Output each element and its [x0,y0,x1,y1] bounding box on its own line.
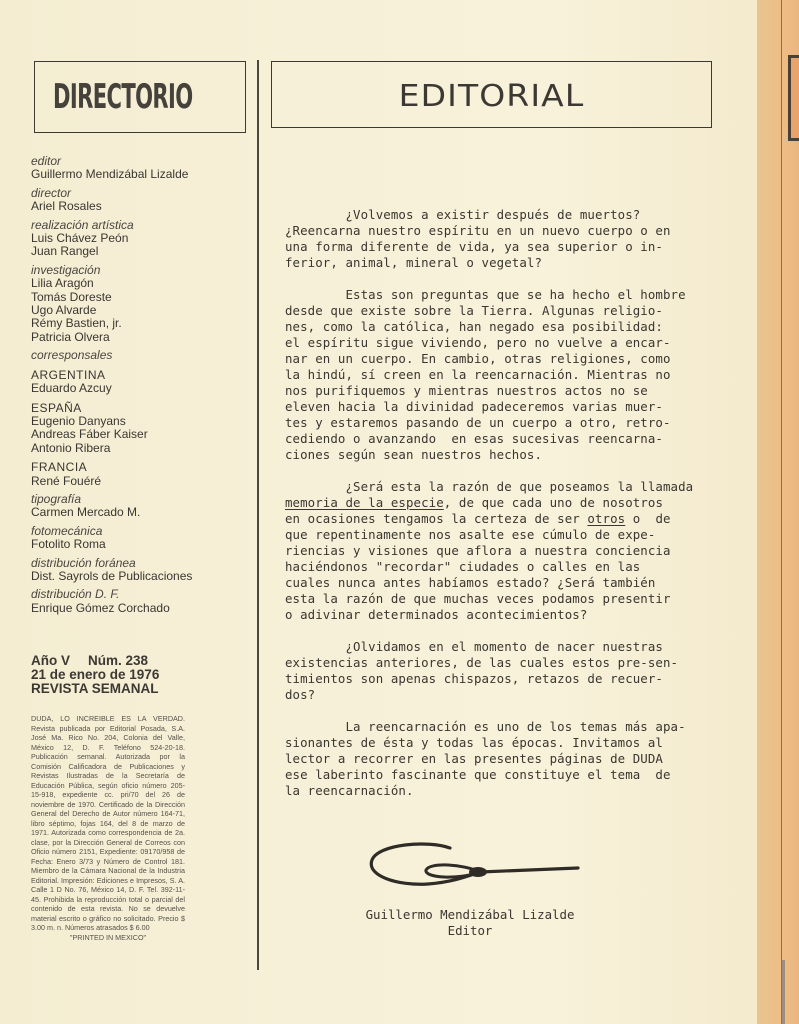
staff-name: Guillermo Mendizábal Lizalde [31,168,251,181]
directory-title: DIRECTORIO [53,80,193,114]
editorial-paragraph: Estas son preguntas que se ha hecho el h… [285,287,710,463]
printed-in-mexico: "PRINTED IN MEXICO" [31,933,185,943]
staff-list: editorGuillermo Mendizábal Lizaldedirect… [31,155,251,615]
correspondent-country: FRANCIA [31,461,251,474]
issue-type: REVISTA SEMANAL [31,682,231,696]
staff-name: Enrique Gómez Corchado [31,602,251,615]
staff-name: Dist. Sayrols de Publicaciones [31,570,251,583]
staff-role: distribución foránea [31,557,251,570]
legal-text: DUDA, LO INCREIBLE ES LA VERDAD. Revista… [31,714,185,933]
staff-name: Ugo Alvarde [31,304,251,317]
staff-role: editor [31,155,251,168]
editorial-title: EDITORIAL [250,79,733,114]
page-edge-line [781,0,782,1024]
correspondent-country: ARGENTINA [31,369,251,382]
editorial-paragraph: ¿Será esta la razón de que poseamos la l… [285,479,710,623]
staff-role: distribución D. F. [31,588,251,601]
staff-role: corresponsales [31,349,251,362]
issue-number: Núm. 238 [88,653,148,668]
issue-year: Año V [31,653,70,668]
signature-name: Guillermo Mendizábal Lizalde [285,907,655,923]
staff-name: Carmen Mercado M. [31,506,251,519]
staff-name: Luis Chávez Peón [31,232,251,245]
editorial-paragraph: ¿Olvidamos en el momento de nacer nuestr… [285,639,710,703]
staff-role: realización artística [31,219,251,232]
staff-name: Ariel Rosales [31,200,251,213]
column-divider [257,60,259,970]
page-edge-shadow [781,960,785,1024]
staff-role: fotomecánica [31,525,251,538]
staff-role: investigación [31,264,251,277]
correspondent-country: ESPAÑA [31,402,251,415]
adjacent-page-box [788,55,799,141]
issue-info: Año VNúm. 238 21 de enero de 1976 REVIST… [31,654,231,696]
signature-block: Guillermo Mendizábal Lizalde Editor [285,907,655,939]
staff-name: Juan Rangel [31,245,251,258]
staff-name: Rémy Bastien, jr. [31,317,251,330]
correspondent-name: René Fouéré [31,475,251,488]
directory-header-box: DIRECTORIO [34,61,246,133]
staff-role: director [31,187,251,200]
signature-role: Editor [285,923,655,939]
correspondent-name: Eduardo Azcuy [31,382,251,395]
staff-name: Patricia Olvera [31,331,251,344]
staff-role: tipografía [31,493,251,506]
issue-date: 21 de enero de 1976 [31,668,231,682]
editorial-header-box: EDITORIAL [271,61,712,128]
editorial-paragraph: ¿Volvemos a existir después de muertos? … [285,207,710,271]
editorial-body: ¿Volvemos a existir después de muertos? … [285,207,710,815]
correspondent-name: Eugenio Danyans [31,415,251,428]
correspondent-name: Antonio Ribera [31,442,251,455]
legal-notice: DUDA, LO INCREIBLE ES LA VERDAD. Revista… [31,714,185,942]
editorial-paragraph: La reencarnación es uno de los temas más… [285,719,710,799]
staff-name: Fotolito Roma [31,538,251,551]
adjacent-page-edge [757,0,799,1024]
correspondent-name: Andreas Fáber Kaiser [31,428,251,441]
staff-name: Lilia Aragón [31,277,251,290]
staff-name: Tomás Doreste [31,291,251,304]
signature-icon [368,842,588,894]
